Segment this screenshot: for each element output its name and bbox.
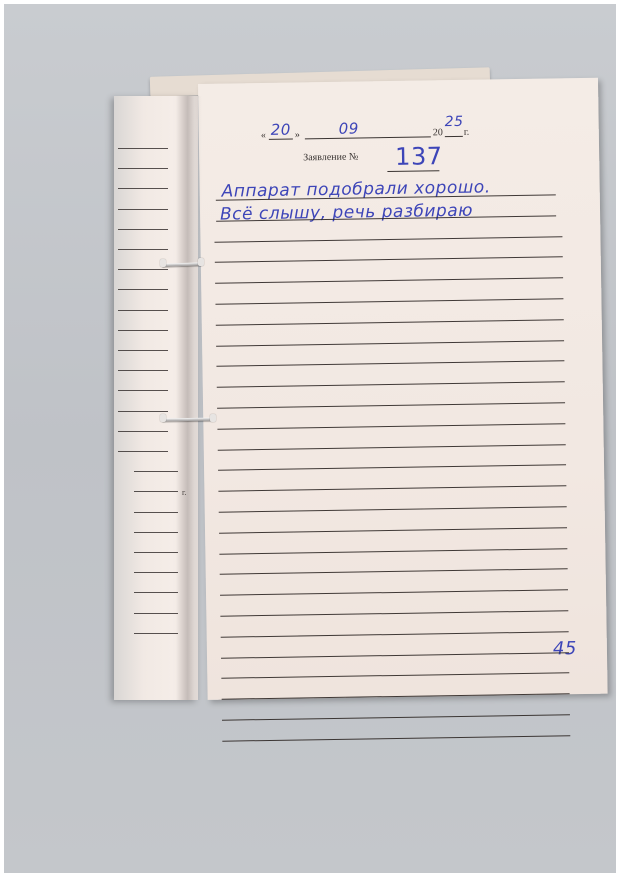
left-ruled-line: [134, 613, 178, 614]
left-ruled-line: [134, 532, 178, 533]
left-ruled-line: [118, 289, 168, 290]
left-ruled-line: [118, 249, 168, 250]
left-ruled-line: [134, 592, 178, 593]
left-ruled-line: [118, 148, 168, 149]
left-ruled-line: [118, 229, 168, 230]
ruled-line: [220, 589, 568, 595]
staple-bottom-end-left: [160, 414, 166, 422]
ruled-line: [219, 506, 567, 512]
ruled-line: [218, 444, 566, 450]
ruled-line: [214, 236, 562, 242]
left-ruled-line: [134, 633, 178, 634]
left-ruled-line: [134, 491, 178, 492]
application-number: 137: [395, 142, 443, 171]
ruled-line: [219, 548, 567, 554]
year-label: г.: [464, 127, 470, 138]
ruled-line: [215, 257, 563, 263]
left-ruled-line: [134, 512, 178, 513]
page-number: 45: [553, 638, 577, 659]
ruled-line: [219, 527, 567, 533]
staple-top-end-left: [160, 259, 166, 267]
ruled-line: [218, 465, 566, 471]
ruled-line: [221, 631, 569, 637]
date-row: « 20 » 09 20 25 г.: [261, 117, 511, 143]
ruled-line: [220, 610, 568, 616]
ruled-line: [221, 652, 569, 658]
handwritten-line-2: Всё слышу, речь разбираю: [220, 201, 473, 225]
left-ruled-line: [118, 451, 168, 452]
date-close-quote: »: [295, 129, 300, 140]
left-ruled-line: [118, 168, 168, 169]
year-underline: [445, 136, 463, 137]
ruled-line: [217, 381, 565, 387]
staple-bottom-end-right: [210, 414, 216, 422]
left-ruled-line: [118, 390, 168, 391]
left-ruled-line: [118, 431, 168, 432]
notebook-page: « 20 » 09 20 25 г. Заявление № 137 Аппар…: [198, 78, 608, 700]
date-month: 09: [339, 119, 359, 137]
left-ruled-line: [118, 411, 168, 412]
left-ruled-line: [118, 269, 168, 270]
ruled-line: [216, 340, 564, 346]
left-ruled-line: [118, 370, 168, 371]
ruled-line: [217, 402, 565, 408]
left-ruled-line: [134, 572, 178, 573]
ruled-line: [218, 485, 566, 491]
ruled-line: [221, 673, 569, 679]
ruled-line: [217, 423, 565, 429]
year-prefix: 20: [433, 127, 443, 138]
binding-spine: [176, 96, 202, 700]
left-ruled-line: [118, 209, 168, 210]
date-day: 20: [271, 121, 291, 139]
application-title: Заявление №: [303, 151, 358, 163]
left-ruled-line: [118, 330, 168, 331]
month-underline: [305, 136, 431, 139]
left-ruled-line: [118, 350, 168, 351]
ruled-line: [216, 319, 564, 325]
date-open-quote: «: [261, 130, 266, 141]
ruled-line: [215, 277, 563, 283]
left-ruled-line: [134, 552, 178, 553]
left-ruled-line: [118, 188, 168, 189]
staple-top-end-right: [198, 258, 204, 266]
left-ruled-line: [134, 471, 178, 472]
date-year-suffix: 25: [445, 114, 464, 130]
left-ruled-line: [118, 310, 168, 311]
ruled-line: [216, 361, 564, 367]
ruled-line: [215, 298, 563, 304]
ruled-line: [220, 569, 568, 575]
